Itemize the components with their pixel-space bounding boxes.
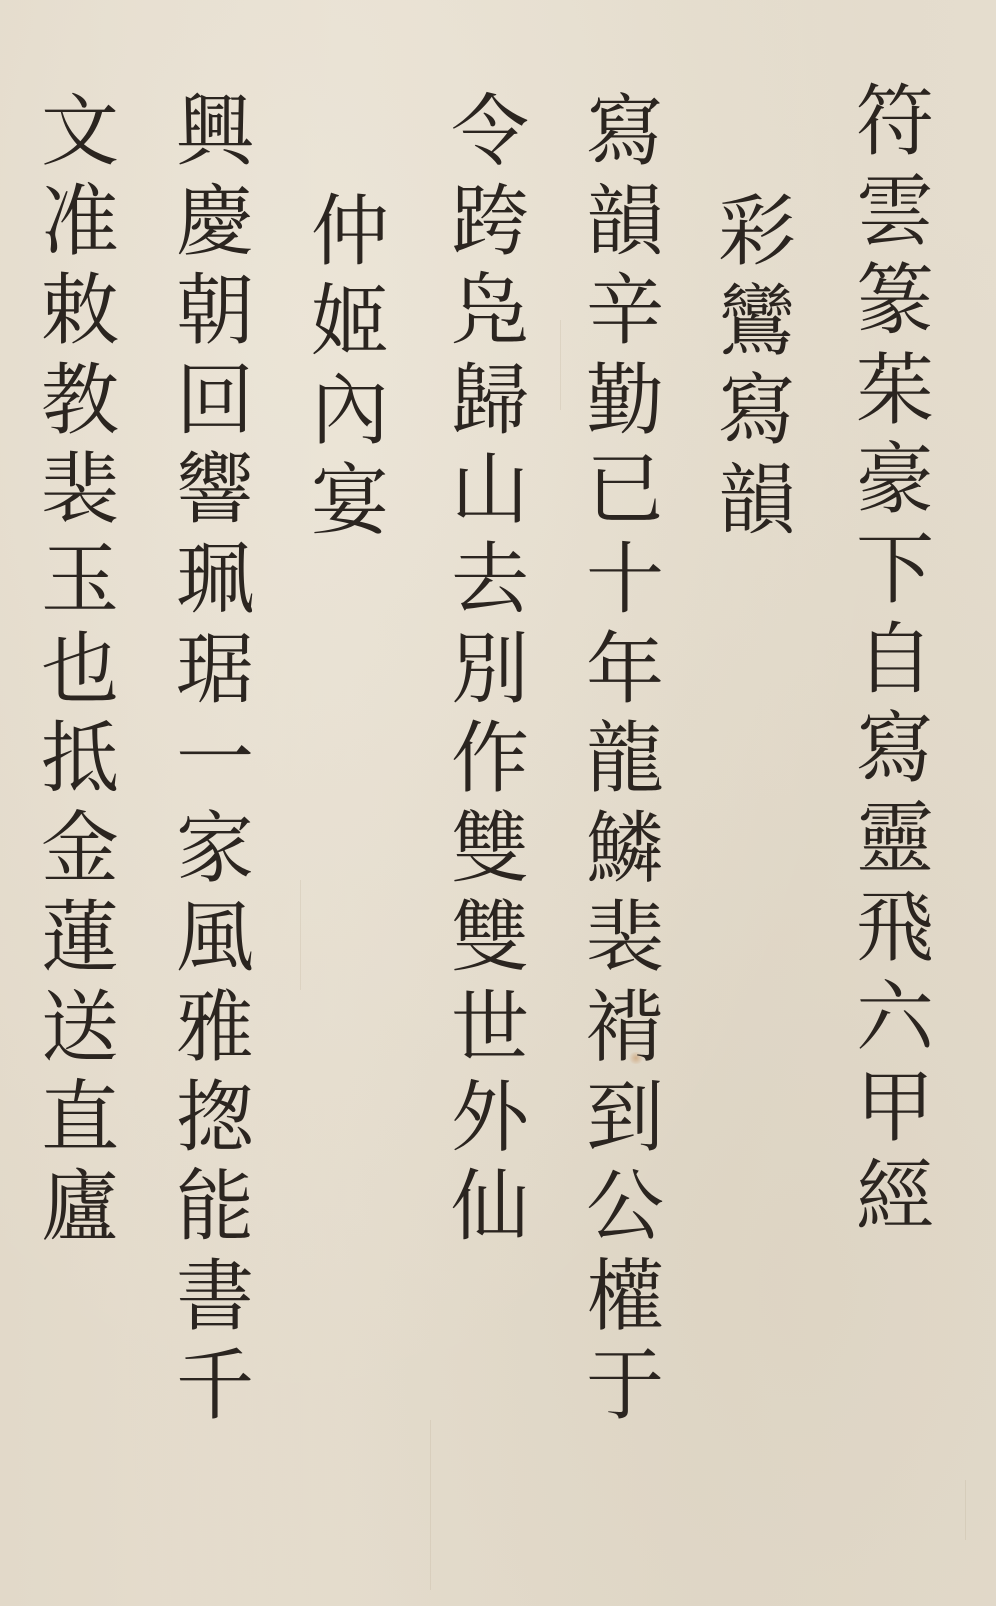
calligraphy-character: 已	[580, 446, 670, 536]
calligraphy-character: 令	[445, 88, 535, 178]
calligraphy-character: 寫	[580, 88, 670, 178]
calligraphy-character: 褙	[580, 984, 670, 1074]
calligraphy-character: 千	[170, 1342, 260, 1432]
calligraphy-character: 茱	[850, 347, 940, 437]
calligraphy-character: 能	[170, 1163, 260, 1253]
calligraphy-character: 世	[445, 984, 535, 1074]
calligraphy-character: 慶	[170, 178, 260, 268]
calligraphy-character: 仲	[305, 188, 395, 278]
calligraphy-character: 飛	[850, 884, 940, 974]
calligraphy-character: 裴	[35, 446, 125, 536]
calligraphy-character: 也	[35, 626, 125, 716]
calligraphy-character: 韻	[712, 457, 802, 547]
calligraphy-character: 寫	[850, 705, 940, 795]
calligraphy-character: 靈	[850, 795, 940, 885]
calligraphy-character: 歸	[445, 357, 535, 447]
calligraphy-character: 下	[850, 526, 940, 616]
calligraphy-character: 外	[445, 1074, 535, 1164]
calligraphy-character: 山	[445, 446, 535, 536]
text-column-4: 令跨凫歸山去別作雙雙世外仙	[445, 88, 535, 1253]
calligraphy-character: 雙	[445, 805, 535, 895]
calligraphy-character: 龍	[580, 715, 670, 805]
paper-fiber	[560, 320, 561, 410]
calligraphy-character: 公	[580, 1163, 670, 1253]
calligraphy-character: 六	[850, 974, 940, 1064]
calligraphy-character: 宴	[305, 457, 395, 547]
calligraphy-character: 自	[850, 616, 940, 706]
calligraphy-character: 辛	[580, 267, 670, 357]
calligraphy-character: 別	[445, 626, 535, 716]
calligraphy-character: 書	[170, 1253, 260, 1343]
calligraphy-character: 雅	[170, 984, 260, 1074]
calligraphy-character: 敕	[35, 267, 125, 357]
calligraphy-character: 直	[35, 1074, 125, 1164]
calligraphy-character: 年	[580, 626, 670, 716]
calligraphy-character: 篆	[850, 257, 940, 347]
calligraphy-character: 風	[170, 894, 260, 984]
calligraphy-character: 家	[170, 805, 260, 895]
calligraphy-character: 裴	[580, 894, 670, 984]
calligraphy-character: 彩	[712, 188, 802, 278]
calligraphy-character: 勤	[580, 357, 670, 447]
calligraphy-character: 鱗	[580, 805, 670, 895]
calligraphy-character: 抵	[35, 715, 125, 805]
calligraphy-character: 文	[35, 88, 125, 178]
calligraphy-character: 准	[35, 178, 125, 268]
calligraphy-character: 回	[170, 357, 260, 447]
calligraphy-character: 金	[35, 805, 125, 895]
calligraphy-character: 琚	[170, 626, 260, 716]
calligraphy-character: 十	[580, 536, 670, 626]
text-column-6: 興慶朝回響珮琚一家風雅揔能書千	[170, 88, 260, 1432]
calligraphy-character: 朝	[170, 267, 260, 357]
calligraphy-character: 響	[170, 446, 260, 536]
paper-fiber	[965, 1480, 966, 1540]
calligraphy-character: 內	[305, 367, 395, 457]
text-column-7: 文准敕教裴玉也抵金蓮送直廬	[35, 88, 125, 1253]
calligraphy-character: 跨	[445, 178, 535, 268]
calligraphy-character: 于	[580, 1342, 670, 1432]
calligraphy-character: 蓮	[35, 894, 125, 984]
calligraphy-character: 雙	[445, 894, 535, 984]
calligraphy-character: 鸞	[712, 278, 802, 368]
calligraphy-character: 韻	[580, 178, 670, 268]
calligraphy-character: 姬	[305, 278, 395, 368]
paper-fiber	[300, 880, 301, 990]
calligraphy-character: 仙	[445, 1163, 535, 1253]
calligraphy-character: 珮	[170, 536, 260, 626]
calligraphy-character: 送	[35, 984, 125, 1074]
calligraphy-character: 到	[580, 1074, 670, 1164]
calligraphy-character: 符	[850, 78, 940, 168]
calligraphy-character: 揔	[170, 1074, 260, 1164]
calligraphy-character: 興	[170, 88, 260, 178]
calligraphy-character: 甲	[850, 1064, 940, 1154]
calligraphy-character: 凫	[445, 267, 535, 357]
calligraphy-character: 作	[445, 715, 535, 805]
calligraphy-character: 廬	[35, 1163, 125, 1253]
paper-fiber	[430, 1420, 431, 1590]
calligraphy-character: 一	[170, 715, 260, 805]
text-column-2-heading: 彩鸞寫韻	[712, 188, 802, 546]
text-column-5-heading: 仲姬內宴	[305, 188, 395, 546]
calligraphy-character: 寫	[712, 367, 802, 457]
calligraphy-character: 豪	[850, 436, 940, 526]
text-column-1: 符雲篆茱豪下自寫靈飛六甲經	[850, 78, 940, 1243]
calligraphy-character: 經	[850, 1153, 940, 1243]
calligraphy-character: 去	[445, 536, 535, 626]
calligraphy-character: 雲	[850, 168, 940, 258]
calligraphy-character: 教	[35, 357, 125, 447]
text-column-3: 寫韻辛勤已十年龍鱗裴褙到公權于	[580, 88, 670, 1432]
calligraphy-character: 權	[580, 1253, 670, 1343]
calligraphy-character: 玉	[35, 536, 125, 626]
